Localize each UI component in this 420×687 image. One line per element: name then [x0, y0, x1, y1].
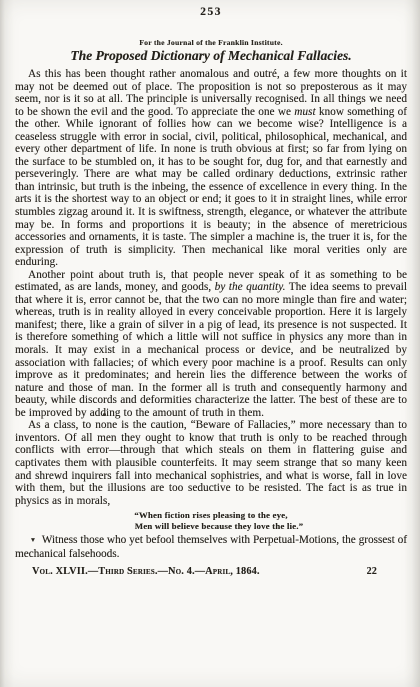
article-title: The Proposed Dictionary of Mechanical Fa… — [15, 48, 407, 64]
paragraph-3: As a class, to none is the caution, “Bew… — [15, 419, 407, 507]
footnote-marker-icon: ▾ — [23, 534, 35, 547]
paragraph-2-emphasis: by the quantity. — [215, 281, 286, 293]
page-number-bottom: 22 — [367, 566, 377, 577]
paragraph-1-text-b: know something of the other. While ignor… — [15, 106, 407, 269]
paragraph-1: As this has been thought rather anomalou… — [15, 68, 407, 269]
verse-line-1: “When fiction rises pleasing to the eye, — [15, 510, 407, 521]
paragraph-4-text: Witness those who yet befool themselves … — [15, 534, 407, 560]
paragraph-1-emphasis: must — [294, 106, 315, 118]
paragraph-2-text-b: The idea seems to prevail that where it … — [15, 281, 407, 418]
paragraph-4: ▾Witness those who yet befool themselves… — [15, 534, 407, 560]
verse-line-2: Men will believe because they love the l… — [15, 521, 407, 532]
paragraph-3-text: As a class, to none is the caution, “Bew… — [15, 419, 407, 506]
page-footer: Vol. XLVII.—Third Series.—No. 4.—April, … — [15, 566, 407, 577]
attribution-line: For the Journal of the Franklin Institut… — [15, 38, 407, 47]
paragraph-2: Another point about truth is, that peopl… — [15, 269, 407, 420]
verse-quote: “When fiction rises pleasing to the eye,… — [15, 510, 407, 531]
page-number-top: 253 — [15, 6, 407, 19]
volume-series-line: Vol. XLVII.—Third Series.—No. 4.—April, … — [32, 566, 260, 577]
scanned-journal-page: 253 For the Journal of the Franklin Inst… — [0, 0, 420, 687]
page-content: 253 For the Journal of the Franklin Inst… — [0, 0, 420, 577]
